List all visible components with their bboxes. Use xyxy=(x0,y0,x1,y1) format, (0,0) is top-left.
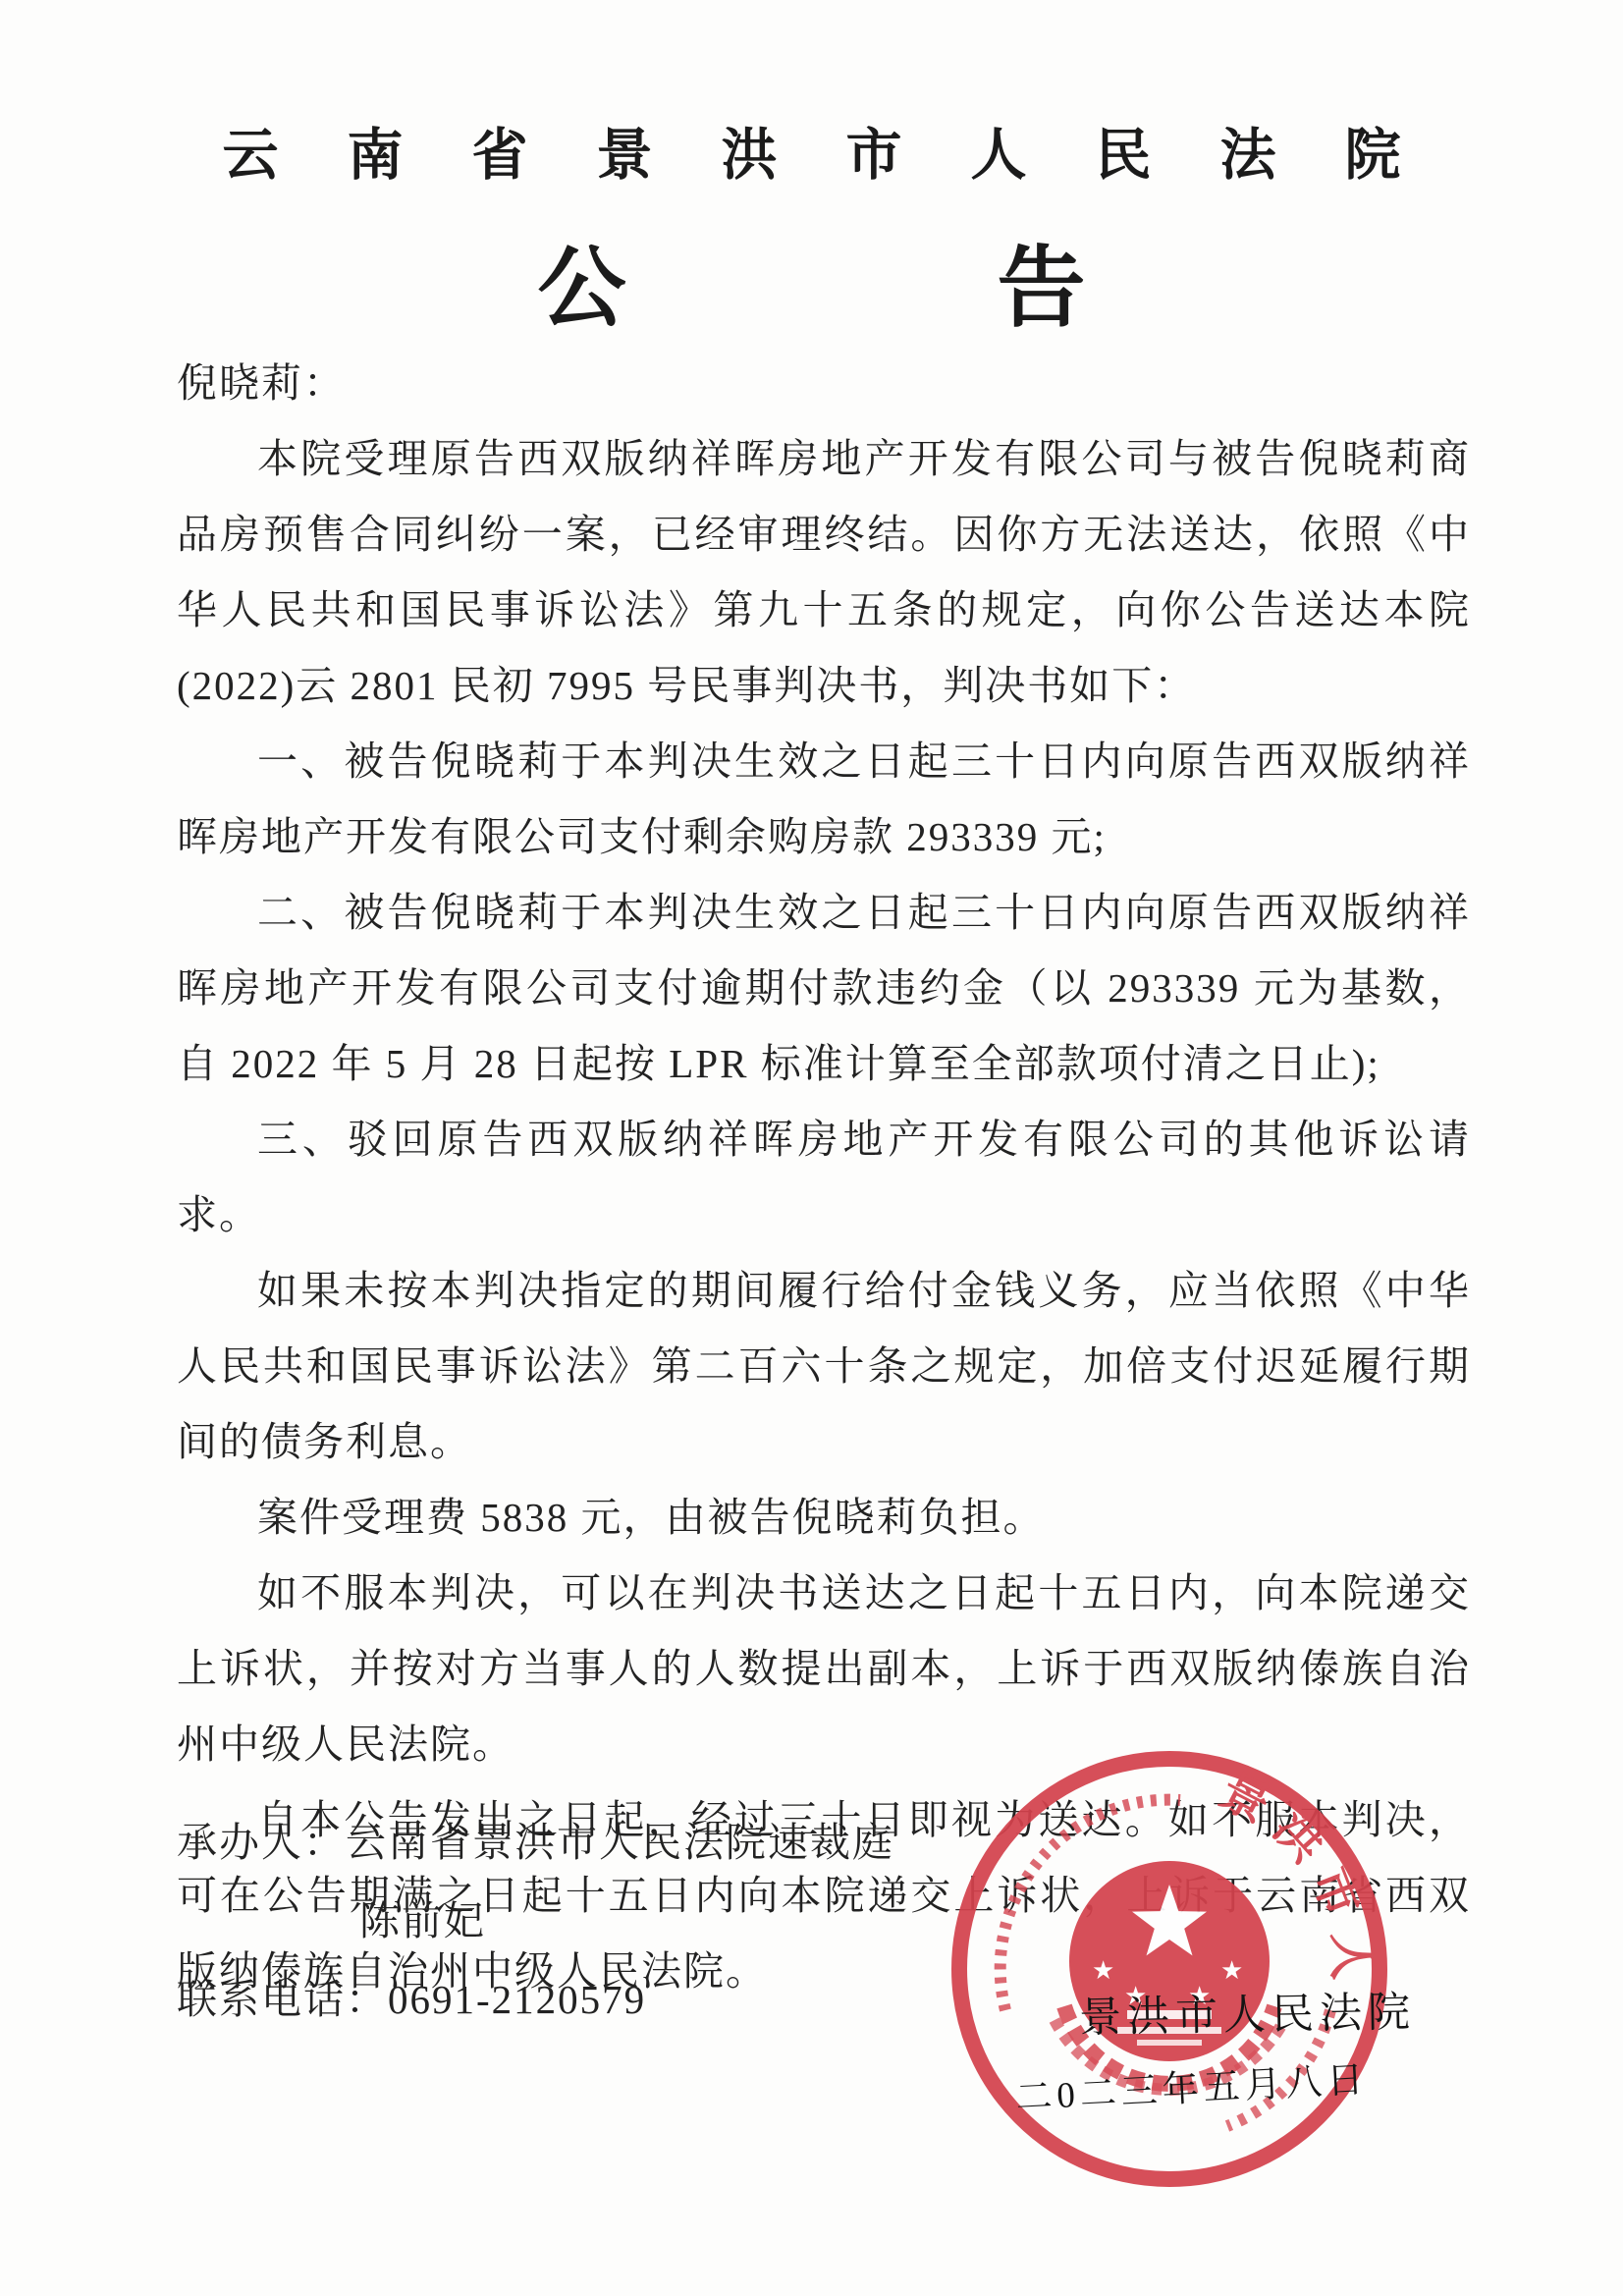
body-paragraph: 本院受理原告西双版纳祥晖房地产开发有限公司与被告倪晓莉商品房预售合同纠纷一案，已… xyxy=(177,421,1471,724)
court-seal-stamp: 景洪市人 ★ ★ ★ ★ xyxy=(935,1743,1404,2213)
body-paragraph: 二、被告倪晓莉于本判决生效之日起三十日内向原告西双版纳祥晖房地产开发有限公司支付… xyxy=(177,875,1471,1102)
seal-court-name-text: 景洪市人民法院 xyxy=(1078,1979,1416,2045)
body-paragraph: 如果未按本判决指定的期间履行给付金钱义务，应当依照《中华人民共和国民事诉讼法》第… xyxy=(177,1253,1471,1480)
salutation: 倪晓莉： xyxy=(177,346,1471,421)
document-title: 公 告 xyxy=(0,216,1623,344)
svg-text:★: ★ xyxy=(1092,1956,1114,1986)
court-name-heading: 云南省景洪市人民法院 xyxy=(0,110,1623,191)
body-paragraph: 案件受理费 5838 元，由被告倪晓莉负担。 xyxy=(177,1480,1471,1556)
body-paragraph: 一、被告倪晓莉于本判决生效之日起三十日内向原告西双版纳祥晖房地产开发有限公司支付… xyxy=(177,724,1471,875)
body-paragraph: 三、驳回原告西双版纳祥晖房地产开发有限公司的其他诉讼请求。 xyxy=(177,1102,1471,1253)
announcement-page: 云南省景洪市人民法院 公 告 倪晓莉： 本院受理原告西双版纳祥晖房地产开发有限公… xyxy=(0,0,1623,2296)
